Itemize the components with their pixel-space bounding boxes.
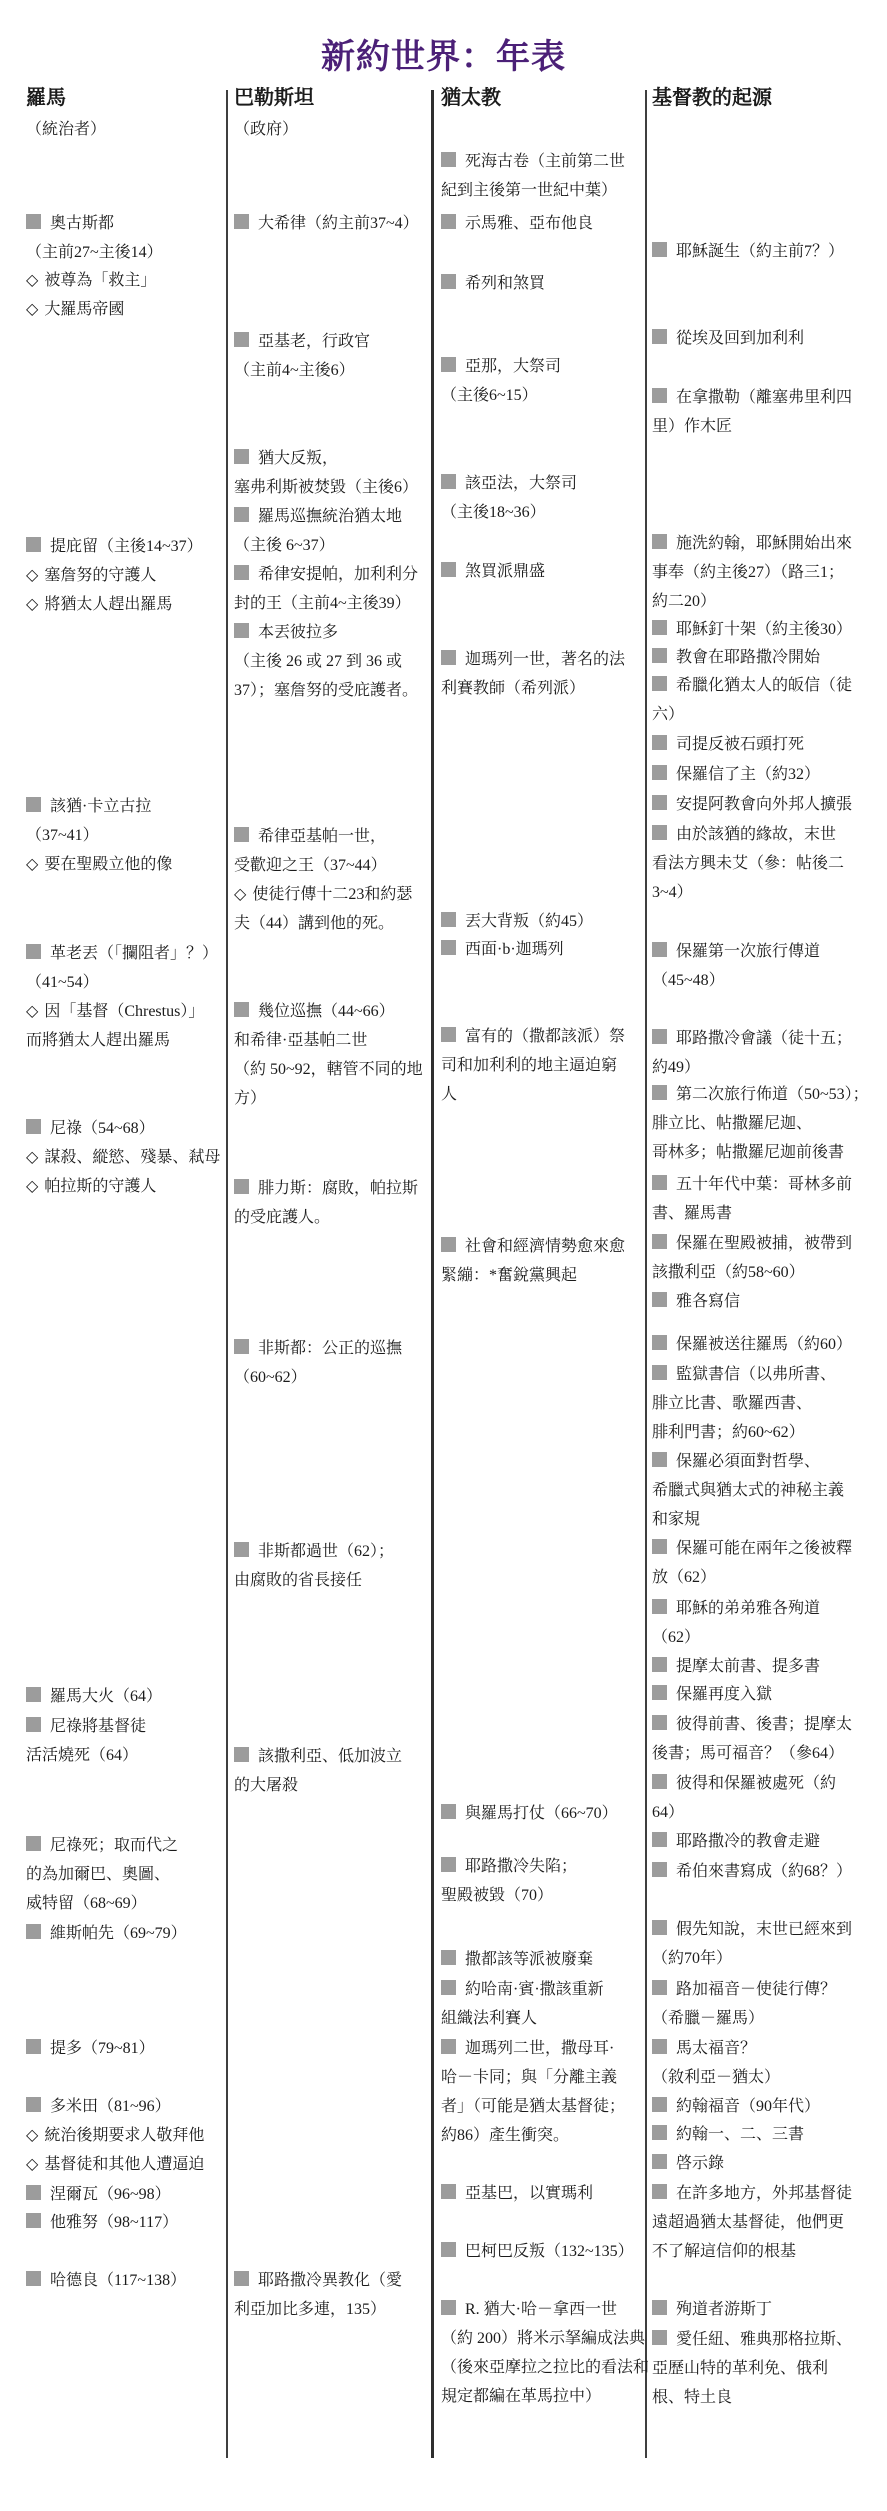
- entry-text: 希列和煞買: [465, 275, 545, 292]
- timeline-entry: 耶路撒冷異教化（愛 利亞加比多連，135）: [234, 2266, 432, 2324]
- column-header-judaism: 猶太教: [441, 84, 501, 112]
- column-header-palestine: 巴勒斯坦: [234, 84, 314, 112]
- square-bullet-icon: [26, 2213, 41, 2228]
- timeline-entry: 愛任紐、雅典那格拉斯、 亞歷山特的革利免、俄利 根、特土良: [652, 2325, 885, 2412]
- timeline-entry: 希列和煞買: [441, 269, 645, 298]
- column-header-rome: 羅馬: [26, 84, 66, 112]
- entry-text: 謀殺、縱慾、殘暴、弒母: [44, 1149, 220, 1166]
- entry-text: 煞買派鼎盛: [465, 563, 545, 580]
- square-bullet-icon: [652, 2184, 667, 2199]
- square-bullet-icon: [652, 735, 667, 750]
- entry-text: 巴柯巴反叛（132~135）: [465, 2243, 634, 2260]
- chronology-page: 新約世界：年表 羅馬 （統治者） 奧古斯都 （主前27~主後14）◇被尊為「救主…: [0, 0, 887, 2511]
- timeline-entry: ◇使徒行傳十二23和約瑟 夫（44）講到他的死。: [234, 880, 432, 938]
- entry-text: 使徒行傳十二23和約瑟 夫（44）講到他的死。: [234, 886, 412, 932]
- entry-text: 從埃及回到加利利: [676, 330, 804, 347]
- entry-text: 馬太福音？ （敘利亞－猶太）: [652, 2040, 780, 2086]
- entry-text: 在許多地方，外邦基督徒 遠超過猶太基督徒，他們更 不了解這信仰的根基: [652, 2185, 852, 2260]
- square-bullet-icon: [234, 1747, 249, 1762]
- entry-text: 亞基巴，以實瑪利: [465, 2185, 593, 2202]
- timeline-entry: 耶路撒冷的教會走避: [652, 1827, 885, 1856]
- column-divider-1: [226, 90, 228, 2458]
- square-bullet-icon: [26, 1717, 41, 1732]
- square-bullet-icon: [441, 1027, 456, 1042]
- entry-text: 猶大反叛， 塞弗利斯被焚毀（主後6）: [234, 450, 418, 496]
- square-bullet-icon: [652, 676, 667, 691]
- square-bullet-icon: [652, 1539, 667, 1554]
- column-rome: 羅馬 （統治者） 奧古斯都 （主前27~主後14）◇被尊為「救主」◇大羅馬帝國提…: [26, 0, 226, 2511]
- entry-text: 撒都該等派被廢棄: [465, 1951, 593, 1968]
- square-bullet-icon: [441, 940, 456, 955]
- timeline-entry: 西面·b·迦瑪列: [441, 935, 645, 964]
- entry-text: 迦瑪列二世，撒母耳· 哈－卡同；與「分離主義 者」（可能是猶太基督徒； 約86）…: [441, 2040, 625, 2144]
- entry-text: 非斯都：公正的巡撫 （60~62）: [234, 1340, 402, 1386]
- timeline-entry: 巴柯巴反叛（132~135）: [441, 2237, 645, 2266]
- entry-text: 他雅努（98~117）: [50, 2214, 178, 2231]
- entry-text: 希律亞基帕一世， 受歡迎之王（37~44）: [234, 828, 387, 874]
- square-bullet-icon: [652, 1599, 667, 1614]
- entry-text: 保羅必須面對哲學、 希臘式與猶太式的神秘主義 和家規: [652, 1453, 844, 1528]
- entry-text: 保羅第一次旅行傳道 （45~48）: [652, 943, 820, 989]
- square-bullet-icon: [652, 795, 667, 810]
- entry-text: 哈德良（117~138）: [50, 2272, 186, 2289]
- timeline-entry: 亞基老，行政官 （主前4~主後6）: [234, 327, 432, 385]
- square-bullet-icon: [652, 1980, 667, 1995]
- square-bullet-icon: [441, 1950, 456, 1965]
- diamond-bullet-icon: ◇: [26, 2121, 38, 2150]
- square-bullet-icon: [652, 534, 667, 549]
- timeline-entry: 安提阿教會向外邦人擴張: [652, 790, 885, 819]
- entry-text: 雅各寫信: [676, 1293, 740, 1310]
- timeline-entry: 約翰福音（90年代）: [652, 2092, 885, 2121]
- square-bullet-icon: [441, 1237, 456, 1252]
- timeline-entry: 哈德良（117~138）: [26, 2266, 226, 2295]
- timeline-entry: ◇將猶太人趕出羅馬: [26, 590, 226, 619]
- entry-text: 安提阿教會向外邦人擴張: [676, 796, 852, 813]
- entry-text: 愛任紐、雅典那格拉斯、 亞歷山特的革利免、俄利 根、特土良: [652, 2331, 852, 2406]
- timeline-entry: 在許多地方，外邦基督徒 遠超過猶太基督徒，他們更 不了解這信仰的根基: [652, 2179, 885, 2266]
- square-bullet-icon: [652, 2330, 667, 2345]
- entry-text: R. 猶大·哈－拿西一世 （約 200）將米示拏編成法典 （後來亞摩拉之拉比的看…: [441, 2301, 649, 2405]
- square-bullet-icon: [441, 214, 456, 229]
- timeline-entry: 希臘化猶太人的皈信（徒 六）: [652, 671, 885, 729]
- square-bullet-icon: [441, 2242, 456, 2257]
- entry-text: 要在聖殿立他的像: [44, 856, 172, 873]
- timeline-entry: 路加福音－使徒行傳？ （希臘－羅馬）: [652, 1975, 885, 2033]
- entry-text: 尼祿（54~68）: [50, 1120, 155, 1137]
- square-bullet-icon: [26, 2271, 41, 2286]
- square-bullet-icon: [26, 944, 41, 959]
- entry-text: 多米田（81~96）: [50, 2098, 171, 2115]
- timeline-entry: 尼祿（54~68）: [26, 1114, 226, 1143]
- square-bullet-icon: [26, 2039, 41, 2054]
- diamond-bullet-icon: ◇: [26, 561, 38, 590]
- timeline-entry: 撒都該等派被廢棄: [441, 1945, 645, 1974]
- column-judaism: 猶太教 死海古卷（主前第二世 紀到主後第一世紀中葉）示馬雅、亞布他良希列和煞買亞…: [441, 0, 645, 2511]
- timeline-entry: 幾位巡撫（44~66） 和希律·亞基帕二世 （約 50~92，轄管不同的地 方）: [234, 997, 432, 1113]
- timeline-entry: 希律安提帕，加利利分 封的王（主前4~主後39）: [234, 560, 432, 618]
- timeline-entry: 耶穌的弟弟雅各殉道 （62）: [652, 1594, 885, 1652]
- square-bullet-icon: [441, 1980, 456, 1995]
- entry-text: 基督徒和其他人遭逼迫: [44, 2156, 204, 2173]
- entry-text: 亞那，大祭司 （主後6~15）: [441, 358, 561, 404]
- entry-text: 約翰福音（90年代）: [676, 2098, 820, 2115]
- timeline-entry: 耶路撒冷會議（徒十五； 約49）: [652, 1024, 885, 1082]
- timeline-entry: 該撒利亞、低加波立 的大屠殺: [234, 1742, 432, 1800]
- entry-text: 被尊為「救主」: [44, 272, 156, 289]
- entry-text: 彼得和保羅被處死（約 64）: [652, 1775, 836, 1821]
- diamond-bullet-icon: ◇: [26, 1172, 38, 1201]
- square-bullet-icon: [234, 827, 249, 842]
- timeline-entry: 大希律（約主前37~4）: [234, 209, 432, 238]
- entry-text: 帕拉斯的守護人: [44, 1178, 156, 1195]
- square-bullet-icon: [441, 562, 456, 577]
- entry-text: 迦瑪列一世，著名的法 利賽教師（希列派）: [441, 651, 625, 697]
- entry-text: 涅爾瓦（96~98）: [50, 2186, 171, 2203]
- entry-text: 希律安提帕，加利利分 封的王（主前4~主後39）: [234, 566, 418, 612]
- timeline-entry: 彼得前書、後書；提摩太 後書；馬可福音？（參64）: [652, 1710, 885, 1768]
- square-bullet-icon: [652, 329, 667, 344]
- entry-text: 啓示錄: [676, 2155, 724, 2172]
- entry-text: 尼祿將基督徒 活活燒死（64）: [26, 1718, 146, 1764]
- timeline-entry: 他雅努（98~117）: [26, 2208, 226, 2237]
- timeline-entry: 猶大反叛， 塞弗利斯被焚毀（主後6）: [234, 444, 432, 502]
- timeline-entry: 約哈南·賓·撒該重新 組織法利賽人: [441, 1975, 645, 2033]
- entry-text: 路加福音－使徒行傳？ （希臘－羅馬）: [652, 1981, 836, 2027]
- square-bullet-icon: [234, 565, 249, 580]
- entry-text: 奧古斯都 （主前27~主後14）: [26, 215, 163, 261]
- entry-text: 丟大背叛（約45）: [465, 913, 593, 930]
- entry-text: 殉道者游斯丁: [676, 2301, 772, 2318]
- entry-text: 大希律（約主前37~4）: [258, 215, 419, 232]
- entry-text: 亞基老，行政官 （主前4~主後6）: [234, 333, 370, 379]
- square-bullet-icon: [441, 152, 456, 167]
- entry-text: 保羅可能在兩年之後被釋 放（62）: [652, 1540, 852, 1586]
- timeline-entry: 亞基巴，以實瑪利: [441, 2179, 645, 2208]
- entry-text: 羅馬大火（64）: [50, 1688, 162, 1705]
- timeline-entry: 雅各寫信: [652, 1287, 885, 1316]
- timeline-entry: 羅馬大火（64）: [26, 1682, 226, 1711]
- square-bullet-icon: [234, 507, 249, 522]
- timeline-entry: 希律亞基帕一世， 受歡迎之王（37~44）: [234, 822, 432, 880]
- timeline-entry: 監獄書信（以弗所書、 腓立比書、歌羅西書、 腓利門書；約60~62）: [652, 1360, 885, 1447]
- square-bullet-icon: [26, 1924, 41, 1939]
- timeline-entry: 保羅可能在兩年之後被釋 放（62）: [652, 1534, 885, 1592]
- timeline-entry: 腓力斯：腐敗，帕拉斯 的受庇護人。: [234, 1174, 432, 1232]
- square-bullet-icon: [652, 1452, 667, 1467]
- square-bullet-icon: [234, 1002, 249, 1017]
- timeline-entry: 提多（79~81）: [26, 2034, 226, 2063]
- square-bullet-icon: [234, 1339, 249, 1354]
- entry-text: 第二次旅行佈道（50~53）； 腓立比、帖撒羅尼迦、 哥林多；帖撒羅尼迦前後書: [652, 1086, 869, 1161]
- timeline-entry: 馬太福音？ （敘利亞－猶太）: [652, 2034, 885, 2092]
- timeline-entry: ◇要在聖殿立他的像: [26, 850, 226, 879]
- column-subheader-government: （政府）: [234, 116, 298, 144]
- timeline-entry: 彼得和保羅被處死（約 64）: [652, 1769, 885, 1827]
- entry-text: 塞詹努的守護人: [44, 567, 156, 584]
- square-bullet-icon: [234, 623, 249, 638]
- square-bullet-icon: [441, 1857, 456, 1872]
- square-bullet-icon: [652, 1657, 667, 1672]
- timeline-entry: 社會和經濟情勢愈來愈 緊繃：*奮銳黨興起: [441, 1232, 645, 1290]
- timeline-entry: 教會在耶路撒冷開始: [652, 643, 885, 672]
- column-header-christian-origins: 基督教的起源: [652, 84, 772, 112]
- square-bullet-icon: [441, 474, 456, 489]
- timeline-entry: 涅爾瓦（96~98）: [26, 2180, 226, 2209]
- timeline-entry: 示馬雅、亞布他良: [441, 209, 645, 238]
- timeline-entry: 假先知說，末世已經來到 （約70年）: [652, 1915, 885, 1973]
- timeline-entry: 保羅信了主（約32）: [652, 760, 885, 789]
- square-bullet-icon: [652, 2154, 667, 2169]
- entry-text: 約翰一、二、三書: [676, 2126, 804, 2143]
- entry-text: 耶穌釘十架（約主後30）: [676, 621, 852, 638]
- square-bullet-icon: [234, 1542, 249, 1557]
- entry-text: 約哈南·賓·撒該重新 組織法利賽人: [441, 1981, 604, 2027]
- timeline-entry: 耶路撒冷失陷； 聖殿被毀（70）: [441, 1852, 645, 1910]
- entry-text: 耶路撒冷會議（徒十五； 約49）: [652, 1030, 852, 1076]
- entry-text: 本丟彼拉多 （主後 26 或 27 到 36 或 37）；塞詹努的受庇護者。: [234, 624, 418, 699]
- entry-text: 與羅馬打仗（66~70）: [465, 1805, 618, 1822]
- square-bullet-icon: [652, 765, 667, 780]
- square-bullet-icon: [441, 2039, 456, 2054]
- square-bullet-icon: [652, 242, 667, 257]
- entry-text: 富有的（撒都該派）祭 司和加利利的地主逼迫窮 人: [441, 1028, 625, 1103]
- timeline-entry: 尼祿死；取而代之 的為加爾巴、奧圖、 威特留（68~69）: [26, 1831, 226, 1918]
- timeline-entry: 與羅馬打仗（66~70）: [441, 1799, 645, 1828]
- entry-text: 耶穌誕生（約主前7？）: [676, 243, 844, 260]
- timeline-entry: 希伯來書寫成（約68？）: [652, 1857, 885, 1886]
- square-bullet-icon: [26, 2185, 41, 2200]
- square-bullet-icon: [652, 2039, 667, 2054]
- timeline-entry: 保羅必須面對哲學、 希臘式與猶太式的神秘主義 和家規: [652, 1447, 885, 1534]
- timeline-entry: 耶穌釘十架（約主後30）: [652, 615, 885, 644]
- entry-text: 施洗約翰，耶穌開始出來 事奉（約主後27）（路三1； 約二20）: [652, 535, 852, 610]
- timeline-entry: 迦瑪列一世，著名的法 利賽教師（希列派）: [441, 645, 645, 703]
- entry-text: 保羅再度入獄: [676, 1686, 772, 1703]
- timeline-entry: 提庇留（主後14~37）: [26, 532, 226, 561]
- entry-text: 該亞法，大祭司 （主後18~36）: [441, 475, 577, 521]
- entry-text: 提多（79~81）: [50, 2040, 155, 2057]
- square-bullet-icon: [652, 620, 667, 635]
- square-bullet-icon: [441, 912, 456, 927]
- timeline-entry: 非斯都：公正的巡撫 （60~62）: [234, 1334, 432, 1392]
- timeline-entry: 司提反被石頭打死: [652, 730, 885, 759]
- column-subheader-rulers: （統治者）: [26, 116, 106, 144]
- timeline-entry: 本丟彼拉多 （主後 26 或 27 到 36 或 37）；塞詹努的受庇護者。: [234, 618, 432, 705]
- square-bullet-icon: [652, 1832, 667, 1847]
- entry-text: 該撒利亞、低加波立 的大屠殺: [234, 1748, 402, 1794]
- entry-text: 彼得前書、後書；提摩太 後書；馬可福音？（參64）: [652, 1716, 852, 1762]
- timeline-entry: ◇被尊為「救主」: [26, 266, 226, 295]
- entry-text: 革老丟（「攔阻者」？） （41~54）: [26, 945, 218, 991]
- entry-text: 教會在耶路撒冷開始: [676, 649, 820, 666]
- square-bullet-icon: [652, 1920, 667, 1935]
- square-bullet-icon: [652, 1365, 667, 1380]
- timeline-entry: ◇因「基督（Chrestus）」 而將猶太人趕出羅馬: [26, 997, 226, 1055]
- timeline-entry: ◇大羅馬帝國: [26, 295, 226, 324]
- diamond-bullet-icon: ◇: [26, 1143, 38, 1172]
- column-christian-origins: 基督教的起源 耶穌誕生（約主前7？）從埃及回到加利利在拿撒勒（離塞弗里利四 里）…: [652, 0, 885, 2511]
- timeline-entry: 革老丟（「攔阻者」？） （41~54）: [26, 939, 226, 997]
- entry-text: 監獄書信（以弗所書、 腓立比書、歌羅西書、 腓利門書；約60~62）: [652, 1366, 836, 1441]
- square-bullet-icon: [26, 1687, 41, 1702]
- square-bullet-icon: [441, 650, 456, 665]
- timeline-entry: 死海古卷（主前第二世 紀到主後第一世紀中葉）: [441, 147, 645, 205]
- square-bullet-icon: [652, 1685, 667, 1700]
- timeline-entry: 非斯都過世（62）； 由腐敗的省長接任: [234, 1537, 432, 1595]
- square-bullet-icon: [234, 449, 249, 464]
- entry-text: 因「基督（Chrestus）」 而將猶太人趕出羅馬: [26, 1003, 204, 1049]
- timeline-entry: ◇塞詹努的守護人: [26, 561, 226, 590]
- entry-text: 假先知說，末世已經來到 （約70年）: [652, 1921, 852, 1967]
- timeline-entry: 多米田（81~96）: [26, 2092, 226, 2121]
- entry-text: 提庇留（主後14~37）: [50, 538, 203, 555]
- timeline-entry: 丟大背叛（約45）: [441, 907, 645, 936]
- timeline-entry: 迦瑪列二世，撒母耳· 哈－卡同；與「分離主義 者」（可能是猶太基督徒； 約86）…: [441, 2034, 645, 2150]
- diamond-bullet-icon: ◇: [26, 2150, 38, 2179]
- entry-text: 希臘化猶太人的皈信（徒 六）: [652, 677, 852, 723]
- entry-text: 示馬雅、亞布他良: [465, 215, 593, 232]
- entry-text: 保羅信了主（約32）: [676, 766, 820, 783]
- timeline-entry: ◇帕拉斯的守護人: [26, 1172, 226, 1201]
- entry-text: 尼祿死；取而代之 的為加爾巴、奧圖、 威特留（68~69）: [26, 1837, 178, 1912]
- timeline-entry: 提摩太前書、提多書: [652, 1652, 885, 1681]
- square-bullet-icon: [652, 388, 667, 403]
- square-bullet-icon: [234, 2271, 249, 2286]
- timeline-entry: 第二次旅行佈道（50~53）； 腓立比、帖撒羅尼迦、 哥林多；帖撒羅尼迦前後書: [652, 1080, 885, 1167]
- diamond-bullet-icon: ◇: [26, 997, 38, 1026]
- timeline-entry: 殉道者游斯丁: [652, 2295, 885, 2324]
- square-bullet-icon: [26, 214, 41, 229]
- timeline-entry: 保羅再度入獄: [652, 1680, 885, 1709]
- entry-text: 維斯帕先（69~79）: [50, 1925, 187, 1942]
- timeline-entry: 耶穌誕生（約主前7？）: [652, 237, 885, 266]
- entry-text: 司提反被石頭打死: [676, 736, 804, 753]
- timeline-entry: 奧古斯都 （主前27~主後14）: [26, 209, 226, 267]
- square-bullet-icon: [441, 274, 456, 289]
- square-bullet-icon: [652, 825, 667, 840]
- column-palestine: 巴勒斯坦 （政府） 大希律（約主前37~4）亞基老，行政官 （主前4~主後6）猶…: [234, 0, 432, 2511]
- square-bullet-icon: [652, 1029, 667, 1044]
- entry-text: 保羅被送往羅馬（約60）: [676, 1336, 852, 1353]
- entry-text: 由於該猶的緣故，末世 看法方興未艾（參：帖後二 3~4）: [652, 826, 844, 901]
- entry-text: 耶路撒冷的教會走避: [676, 1833, 820, 1850]
- diamond-bullet-icon: ◇: [26, 266, 38, 295]
- timeline-entry: 該亞法，大祭司 （主後18~36）: [441, 469, 645, 527]
- entry-text: 耶路撒冷異教化（愛 利亞加比多連，135）: [234, 2272, 402, 2318]
- square-bullet-icon: [652, 648, 667, 663]
- timeline-entry: R. 猶大·哈－拿西一世 （約 200）將米示拏編成法典 （後來亞摩拉之拉比的看…: [441, 2295, 645, 2411]
- entry-text: 大羅馬帝國: [44, 301, 124, 318]
- timeline-entry: ◇謀殺、縱慾、殘暴、弒母: [26, 1143, 226, 1172]
- square-bullet-icon: [652, 942, 667, 957]
- entry-text: 五十年代中葉：哥林多前 書、羅馬書: [652, 1176, 852, 1222]
- square-bullet-icon: [441, 2300, 456, 2315]
- entry-text: 該猶·卡立古拉 （37~41）: [26, 798, 151, 844]
- square-bullet-icon: [234, 1179, 249, 1194]
- square-bullet-icon: [652, 1715, 667, 1730]
- square-bullet-icon: [26, 537, 41, 552]
- timeline-entry: 維斯帕先（69~79）: [26, 1919, 226, 1948]
- entry-text: 耶路撒冷失陷； 聖殿被毀（70）: [441, 1858, 577, 1904]
- timeline-entry: 施洗約翰，耶穌開始出來 事奉（約主後27）（路三1； 約二20）: [652, 529, 885, 616]
- timeline-entry: ◇基督徒和其他人遭逼迫: [26, 2150, 226, 2179]
- square-bullet-icon: [652, 2125, 667, 2140]
- timeline-entry: 尼祿將基督徒 活活燒死（64）: [26, 1712, 226, 1770]
- square-bullet-icon: [26, 1836, 41, 1851]
- timeline-entry: 保羅第一次旅行傳道 （45~48）: [652, 937, 885, 995]
- entry-text: 羅馬巡撫統治猶太地 （主後 6~37）: [234, 508, 402, 554]
- column-divider-3: [645, 90, 647, 2458]
- entry-text: 在拿撒勒（離塞弗里利四 里）作木匠: [652, 389, 852, 435]
- square-bullet-icon: [652, 1175, 667, 1190]
- entry-text: 西面·b·迦瑪列: [465, 941, 564, 958]
- square-bullet-icon: [652, 1862, 667, 1877]
- square-bullet-icon: [652, 1085, 667, 1100]
- entry-text: 耶穌的弟弟雅各殉道 （62）: [652, 1600, 820, 1646]
- square-bullet-icon: [234, 332, 249, 347]
- square-bullet-icon: [441, 1804, 456, 1819]
- entry-text: 希伯來書寫成（約68？）: [676, 1863, 852, 1880]
- timeline-entry: 保羅被送往羅馬（約60）: [652, 1330, 885, 1359]
- square-bullet-icon: [652, 2097, 667, 2112]
- timeline-entry: 保羅在聖殿被捕，被帶到 該撒利亞（約58~60）: [652, 1229, 885, 1287]
- entry-text: 社會和經濟情勢愈來愈 緊繃：*奮銳黨興起: [441, 1238, 625, 1284]
- square-bullet-icon: [26, 1119, 41, 1134]
- square-bullet-icon: [26, 2097, 41, 2112]
- timeline-entry: 羅馬巡撫統治猶太地 （主後 6~37）: [234, 502, 432, 560]
- entry-text: 保羅在聖殿被捕，被帶到 該撒利亞（約58~60）: [652, 1235, 852, 1281]
- diamond-bullet-icon: ◇: [26, 850, 38, 879]
- timeline-entry: 富有的（撒都該派）祭 司和加利利的地主逼迫窮 人: [441, 1022, 645, 1109]
- timeline-entry: 啓示錄: [652, 2149, 885, 2178]
- timeline-entry: 該猶·卡立古拉 （37~41）: [26, 792, 226, 850]
- square-bullet-icon: [441, 357, 456, 372]
- diamond-bullet-icon: ◇: [234, 880, 246, 909]
- square-bullet-icon: [441, 2184, 456, 2199]
- diamond-bullet-icon: ◇: [26, 590, 38, 619]
- entry-text: 非斯都過世（62）； 由腐敗的省長接任: [234, 1543, 394, 1589]
- square-bullet-icon: [652, 1335, 667, 1350]
- square-bullet-icon: [652, 1774, 667, 1789]
- entry-text: 腓力斯：腐敗，帕拉斯 的受庇護人。: [234, 1180, 418, 1226]
- entry-text: 提摩太前書、提多書: [676, 1658, 820, 1675]
- entry-text: 死海古卷（主前第二世 紀到主後第一世紀中葉）: [441, 153, 625, 199]
- entry-text: 幾位巡撫（44~66） 和希律·亞基帕二世 （約 50~92，轄管不同的地 方）: [234, 1003, 423, 1107]
- timeline-entry: 由於該猶的緣故，末世 看法方興未艾（參：帖後二 3~4）: [652, 820, 885, 907]
- square-bullet-icon: [234, 214, 249, 229]
- timeline-entry: 約翰一、二、三書: [652, 2120, 885, 2149]
- timeline-entry: 亞那，大祭司 （主後6~15）: [441, 352, 645, 410]
- square-bullet-icon: [652, 2300, 667, 2315]
- diamond-bullet-icon: ◇: [26, 295, 38, 324]
- timeline-entry: 在拿撒勒（離塞弗里利四 里）作木匠: [652, 383, 885, 441]
- square-bullet-icon: [652, 1234, 667, 1249]
- square-bullet-icon: [652, 1292, 667, 1307]
- timeline-entry: ◇統治後期要求人敬拜他: [26, 2121, 226, 2150]
- entry-text: 將猶太人趕出羅馬: [44, 596, 172, 613]
- square-bullet-icon: [26, 797, 41, 812]
- timeline-entry: 從埃及回到加利利: [652, 324, 885, 353]
- timeline-entry: 五十年代中葉：哥林多前 書、羅馬書: [652, 1170, 885, 1228]
- timeline-entry: 煞買派鼎盛: [441, 557, 645, 586]
- entry-text: 統治後期要求人敬拜他: [44, 2127, 204, 2144]
